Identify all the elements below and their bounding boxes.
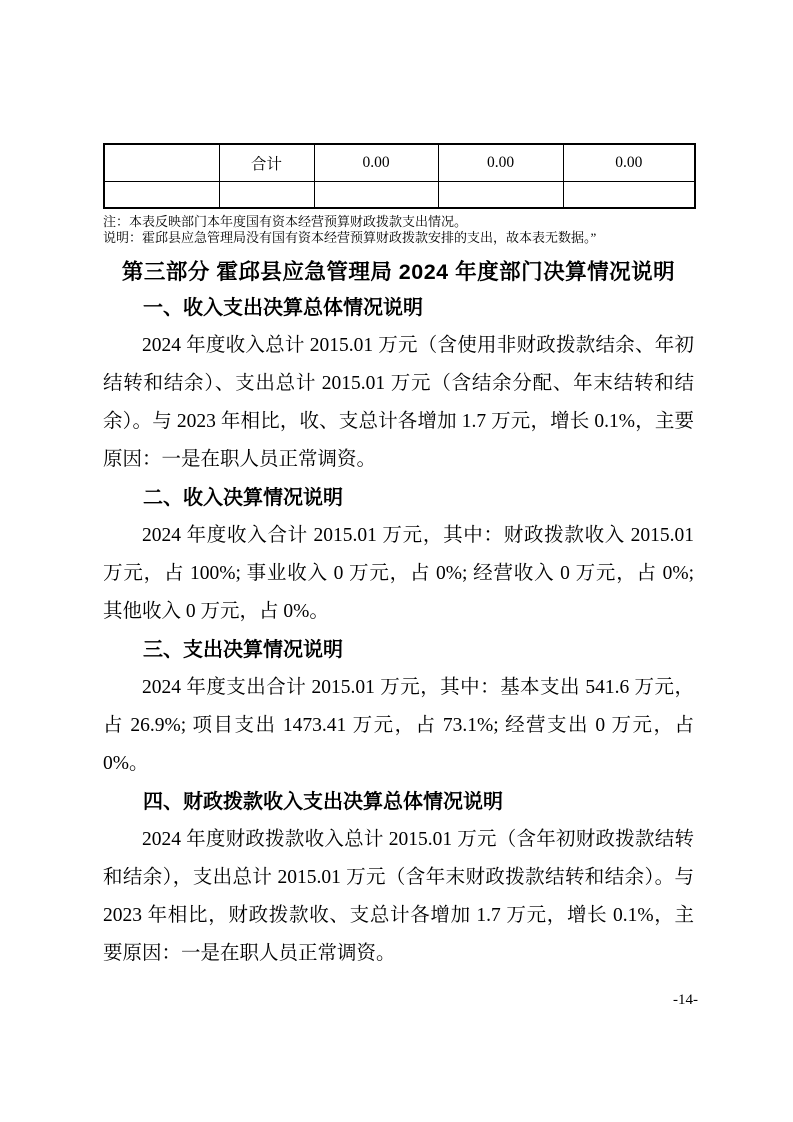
section-3-paragraph: 2024 年度支出合计 2015.01 万元，其中：基本支出 541.6 万元，…: [103, 669, 694, 783]
section-3: 三、支出决算情况说明 2024 年度支出合计 2015.01 万元，其中：基本支…: [103, 631, 694, 783]
table-cell-value-3: 0.00: [563, 144, 695, 181]
section-2-paragraph: 2024 年度收入合计 2015.01 万元，其中：财政拨款收入 2015.01…: [103, 517, 694, 631]
table-cell-empty: [219, 181, 314, 208]
table-row-total: 合计 0.00 0.00 0.00: [104, 144, 695, 181]
content-area: 合计 0.00 0.00 0.00 注：本表反映部门本年度国有资本经营预算财政拨…: [103, 143, 694, 973]
section-4-heading: 四、财政拨款收入支出决算总体情况说明: [103, 783, 694, 821]
table-cell-empty: [314, 181, 438, 208]
table-notes: 注：本表反映部门本年度国有资本经营预算财政拨款支出情况。 说明：霍邱县应急管理局…: [103, 214, 694, 245]
section-1-heading: 一、收入支出决算总体情况说明: [103, 289, 694, 327]
table-cell-empty: [563, 181, 695, 208]
table-row-empty: [104, 181, 695, 208]
note-line: 注：本表反映部门本年度国有资本经营预算财政拨款支出情况。: [103, 214, 694, 230]
section-4-paragraph: 2024 年度财政拨款收入总计 2015.01 万元（含年初财政拨款结转和结余）…: [103, 821, 694, 973]
section-2: 二、收入决算情况说明 2024 年度收入合计 2015.01 万元，其中：财政拨…: [103, 479, 694, 631]
section-4: 四、财政拨款收入支出决算总体情况说明 2024 年度财政拨款收入总计 2015.…: [103, 783, 694, 973]
part-title: 第三部分 霍邱县应急管理局 2024 年度部门决算情况说明: [103, 257, 694, 287]
page-number: -14-: [673, 992, 698, 1009]
table-cell-empty: [438, 181, 563, 208]
explanation-line: 说明：霍邱县应急管理局没有国有资本经营预算财政拨款安排的支出，故本表无数据。”: [103, 230, 694, 246]
table-cell-blank: [104, 144, 219, 181]
table-cell-empty: [104, 181, 219, 208]
sections-block: 一、收入支出决算总体情况说明 2024 年度收入总计 2015.01 万元（含使…: [103, 289, 694, 973]
table-cell-value-2: 0.00: [438, 144, 563, 181]
section-3-heading: 三、支出决算情况说明: [103, 631, 694, 669]
section-1-paragraph: 2024 年度收入总计 2015.01 万元（含使用非财政拨款结余、年初结转和结…: [103, 327, 694, 479]
table-cell-total-label: 合计: [219, 144, 314, 181]
financial-table: 合计 0.00 0.00 0.00: [103, 143, 696, 209]
section-2-heading: 二、收入决算情况说明: [103, 479, 694, 517]
section-1: 一、收入支出决算总体情况说明 2024 年度收入总计 2015.01 万元（含使…: [103, 289, 694, 479]
document-page: 合计 0.00 0.00 0.00 注：本表反映部门本年度国有资本经营预算财政拨…: [0, 0, 793, 1122]
table-cell-value-1: 0.00: [314, 144, 438, 181]
